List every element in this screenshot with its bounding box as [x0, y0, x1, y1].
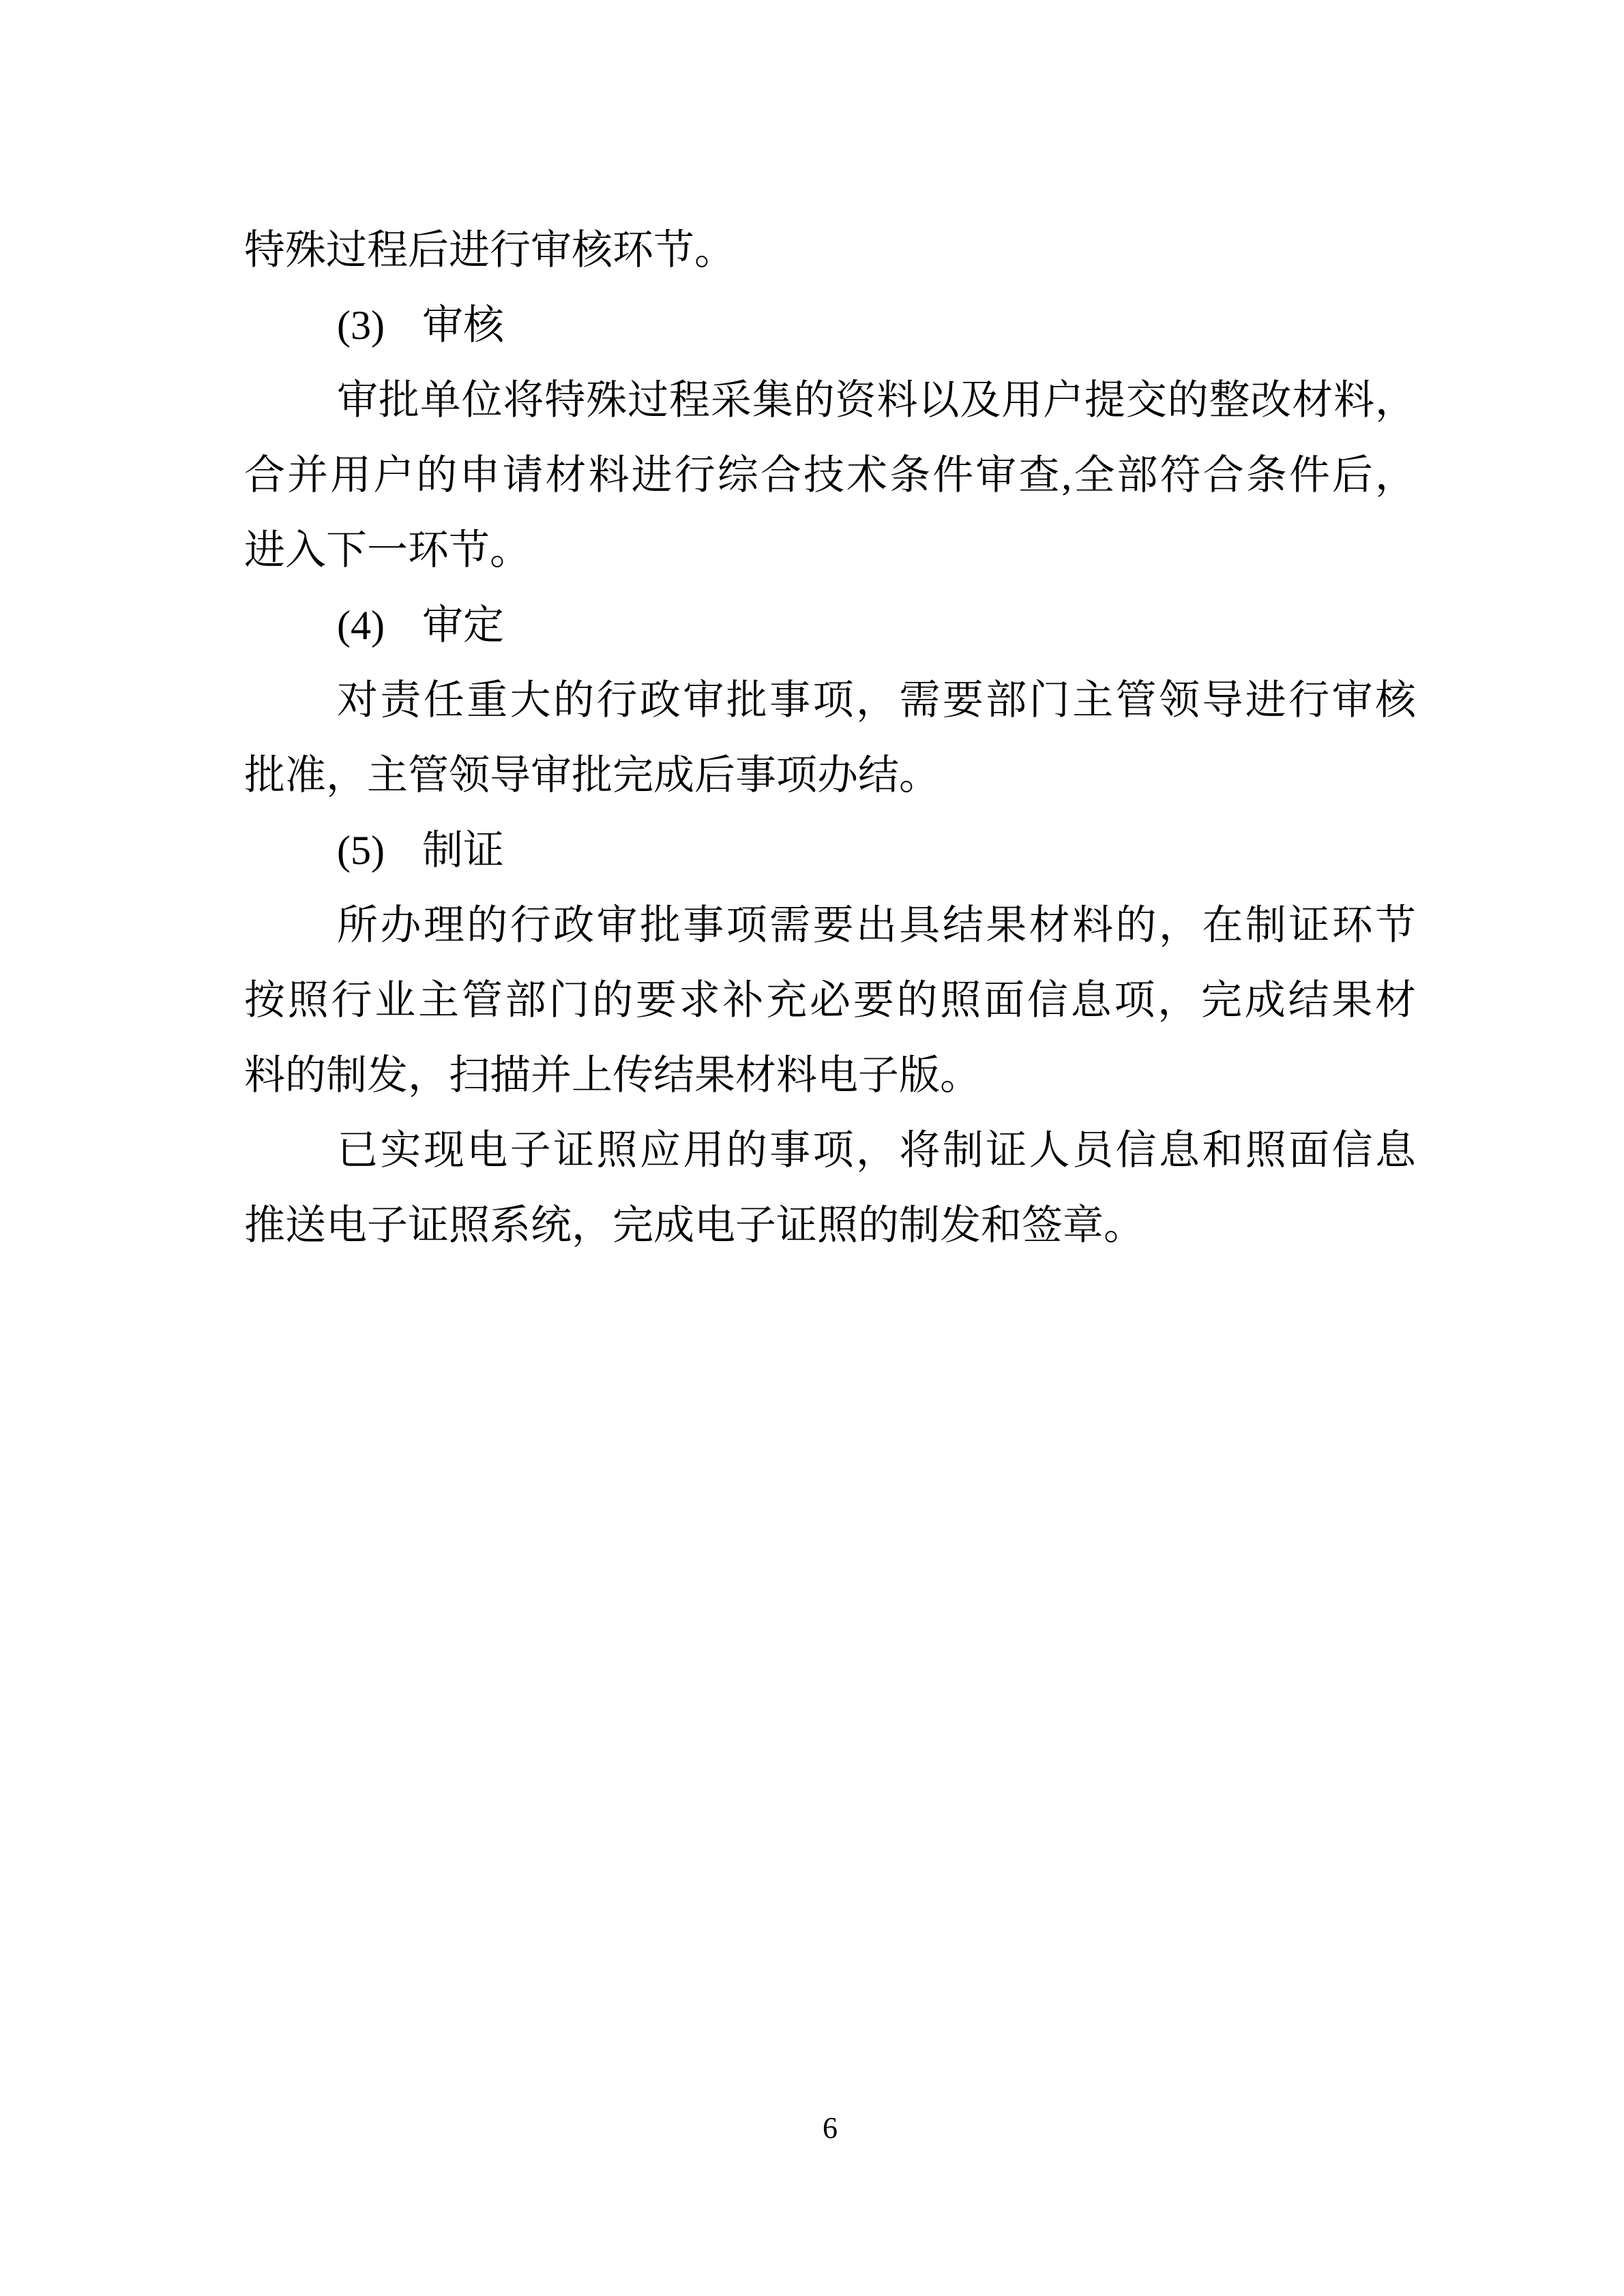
page-number: 6	[244, 2111, 1416, 2145]
paragraph-line: 推送电子证照系统，完成电子证照的制发和签章。	[244, 1188, 1416, 1263]
paragraph-line: 已实现电子证照应用的事项，将制证人员信息和照面信息	[244, 1113, 1416, 1188]
document-body: 特殊过程后进行审核环节。 (3)审核 审批单位将特殊过程采集的资料以及用户提交的…	[244, 213, 1416, 1263]
list-item-number: (4)	[337, 603, 385, 648]
list-item-heading-5: (5)制证	[244, 813, 1416, 888]
list-item-title: 审定	[422, 603, 504, 648]
paragraph-line: 审批单位将特殊过程采集的资料以及用户提交的整改材料，	[244, 363, 1416, 438]
paragraph-line: 特殊过程后进行审核环节。	[244, 213, 1416, 288]
paragraph-line: 进入下一环节。	[244, 513, 1416, 588]
list-item-number: (3)	[337, 303, 385, 348]
list-item-title: 审核	[422, 303, 504, 348]
list-item-title: 制证	[422, 828, 504, 873]
paragraph-line: 所办理的行政审批事项需要出具结果材料的，在制证环节	[244, 888, 1416, 963]
paragraph-line: 合并用户的申请材料进行综合技术条件审查,全部符合条件后，	[244, 438, 1416, 513]
paragraph-line: 料的制发，扫描并上传结果材料电子版。	[244, 1038, 1416, 1113]
document-page: 特殊过程后进行审核环节。 (3)审核 审批单位将特殊过程采集的资料以及用户提交的…	[0, 0, 1624, 2296]
list-item-heading-3: (3)审核	[244, 288, 1416, 363]
paragraph-line: 批准，主管领导审批完成后事项办结。	[244, 738, 1416, 813]
paragraph-line: 按照行业主管部门的要求补充必要的照面信息项，完成结果材	[244, 963, 1416, 1038]
list-item-heading-4: (4)审定	[244, 588, 1416, 663]
list-item-number: (5)	[337, 828, 385, 873]
paragraph-line: 对责任重大的行政审批事项，需要部门主管领导进行审核	[244, 663, 1416, 738]
